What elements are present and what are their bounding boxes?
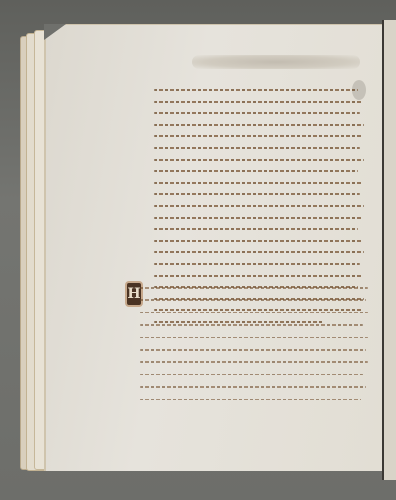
folded-corner [44, 24, 66, 40]
facing-page-edge [382, 20, 396, 480]
initial-letter: Η [127, 283, 141, 305]
faded-title-line [192, 55, 360, 69]
decorated-initial: Η [127, 283, 141, 305]
lower-text-block [140, 287, 368, 411]
